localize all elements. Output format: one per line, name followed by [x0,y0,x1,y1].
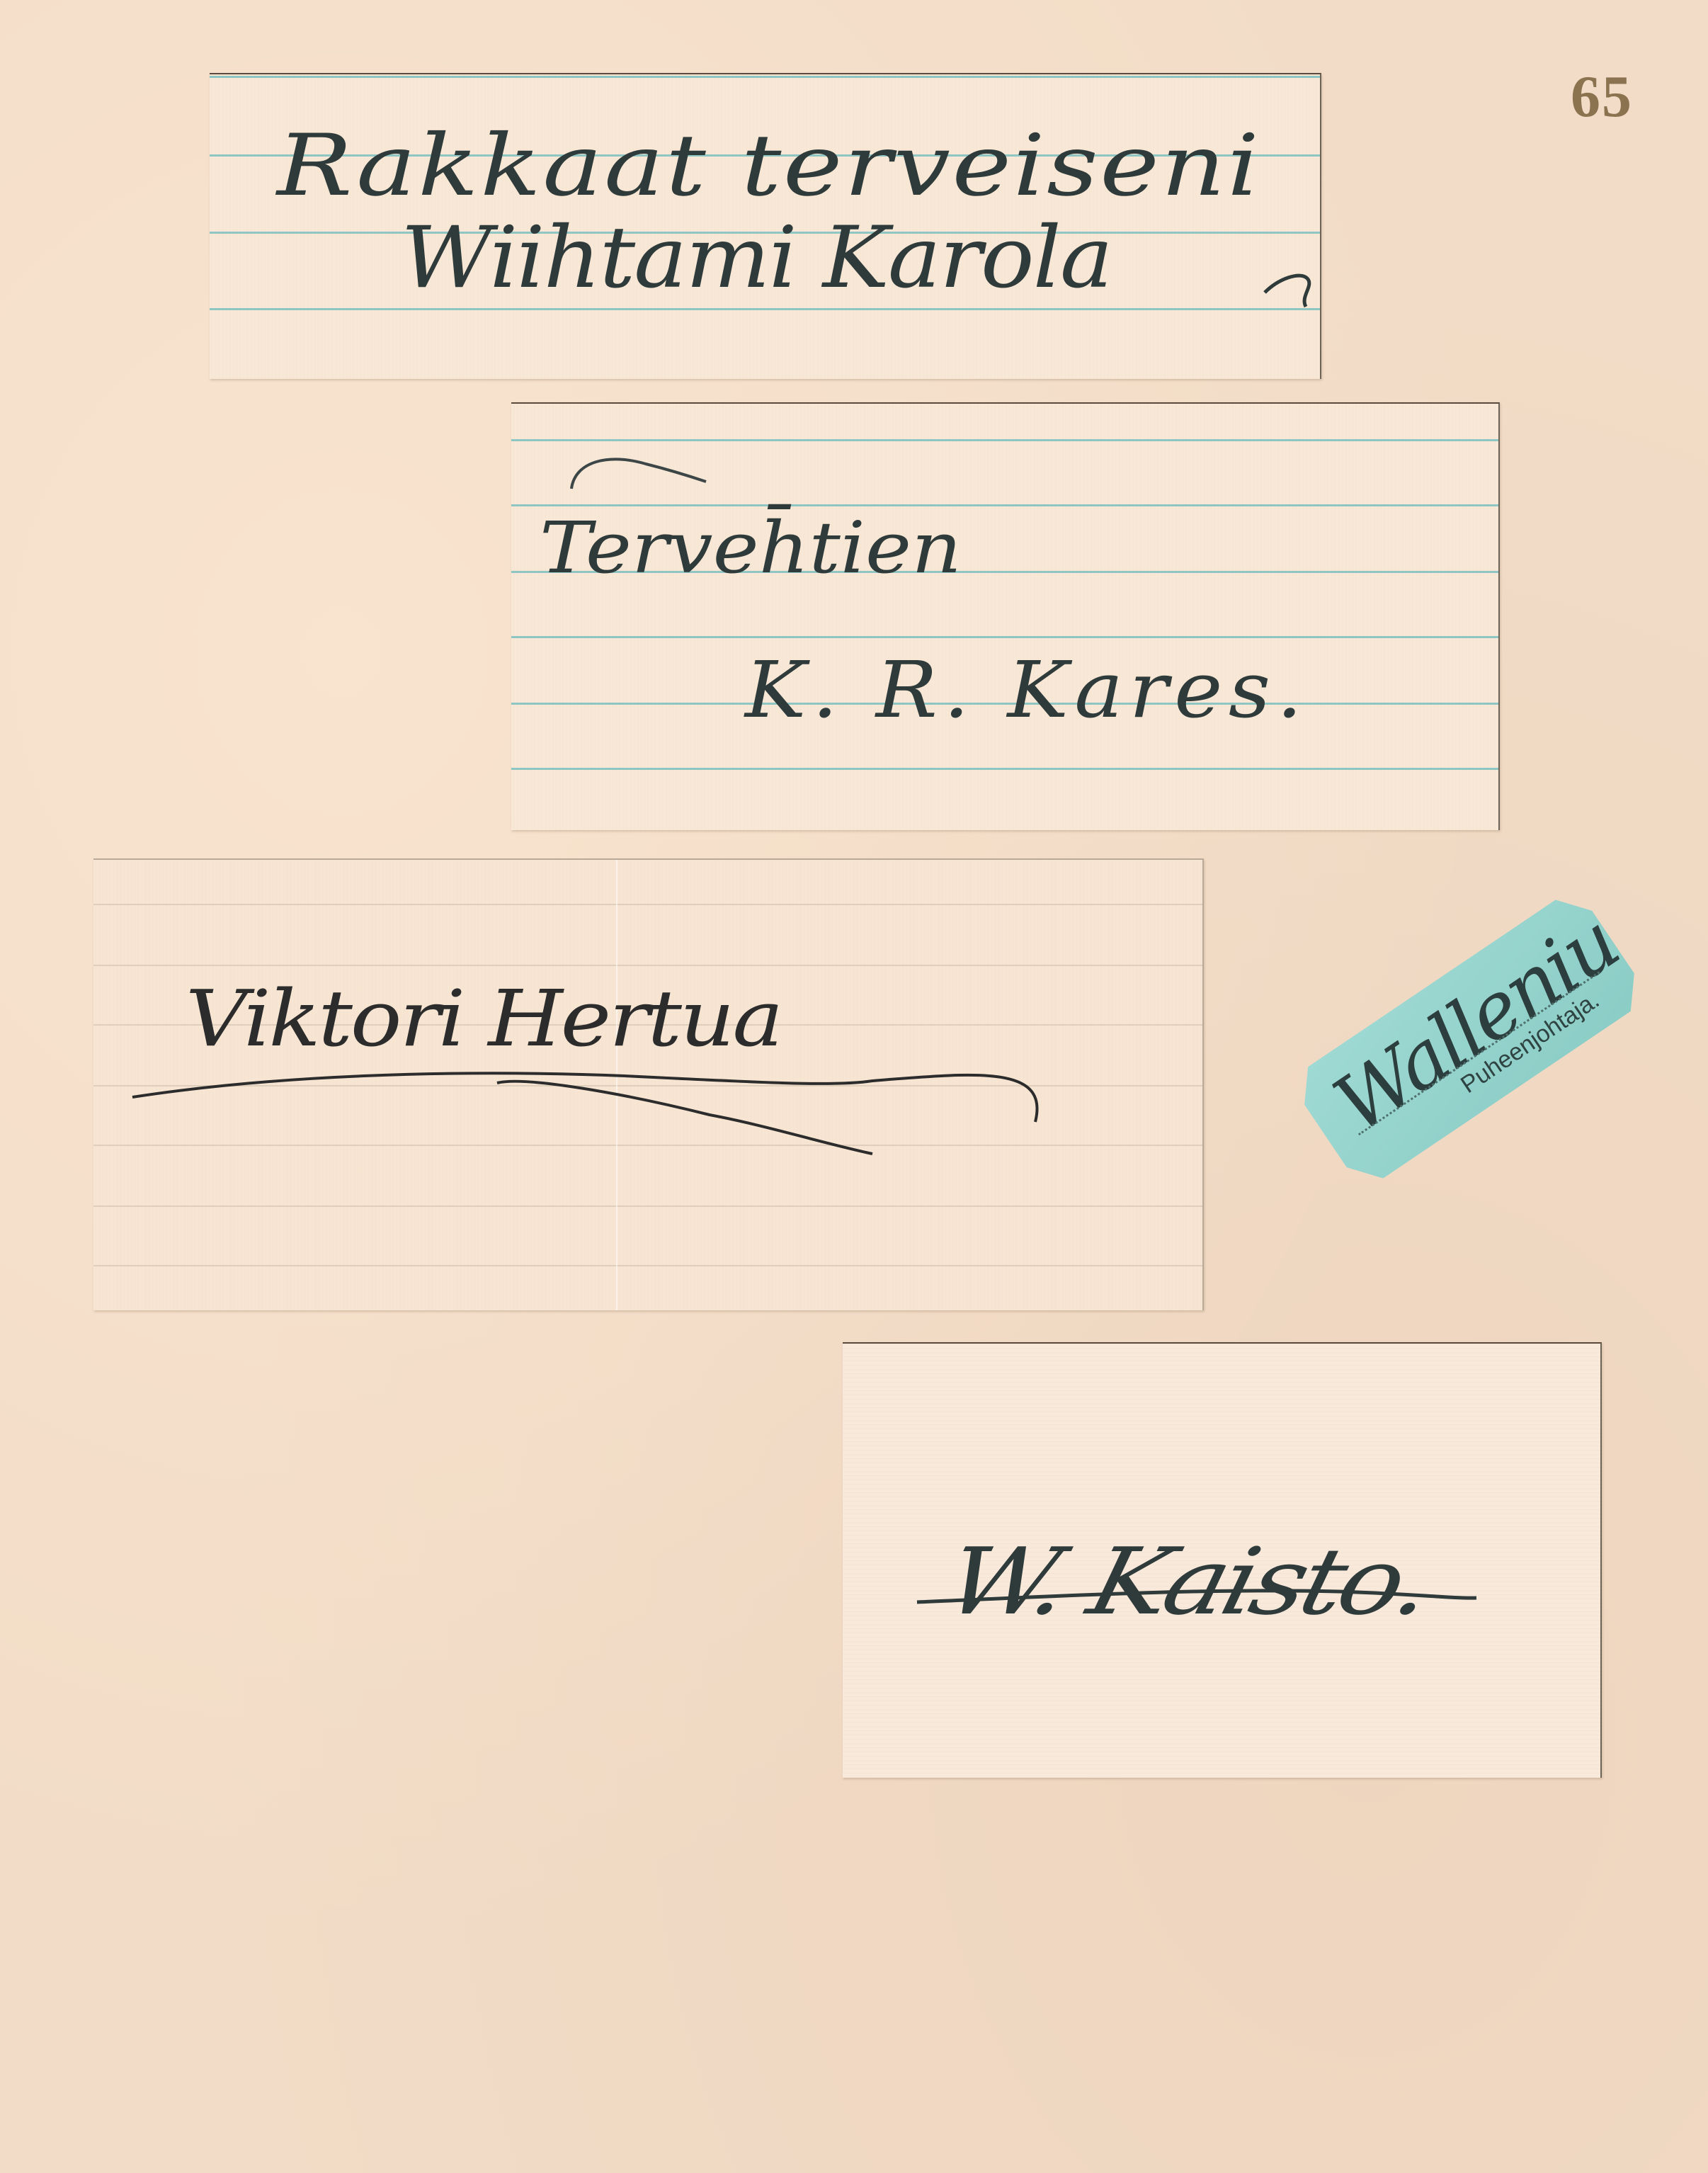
ruled-line [210,308,1320,310]
handwritten-greeting: Terveh̄tien [540,506,962,589]
autograph-card-4: W. Kaisto. [843,1342,1602,1778]
ruled-line [210,76,1320,78]
handwritten-line-1: Rakkaat terveiseni [277,117,1261,215]
handwritten-signature: K. R. Kares. [745,645,1309,735]
handwritten-line-2: Wiihtami Karola [401,209,1112,307]
tag-signature: Wallenius [1319,876,1664,1150]
crossbar-stroke [913,1588,1480,1609]
album-page: 65 Rakkaat terveiseni Wiihtami Karola Te… [0,0,1708,2173]
capital-t-flourish [568,453,710,496]
ruled-line [511,768,1498,770]
ruled-line [93,904,1202,905]
underline-flourish [129,1037,1071,1129]
ruled-line [93,1205,1202,1207]
ruled-line [93,1265,1202,1266]
blue-signature-tag: Wallenius Puheenjohtaja. [1288,886,1651,1192]
handwritten-signature: W. Kaisto. [935,1528,1439,1635]
autograph-card-2: Terveh̄tien K. R. Kares. [511,402,1500,830]
ruled-line [93,1145,1202,1146]
ruled-line [93,965,1202,966]
page-number: 65 [1571,62,1633,131]
ruled-line [511,636,1498,638]
autograph-card-3: Viktori Hertua [93,858,1204,1310]
flourish-stroke [1265,264,1321,321]
ruled-line [511,439,1498,441]
autograph-card-1: Rakkaat terveiseni Wiihtami Karola [210,73,1321,379]
